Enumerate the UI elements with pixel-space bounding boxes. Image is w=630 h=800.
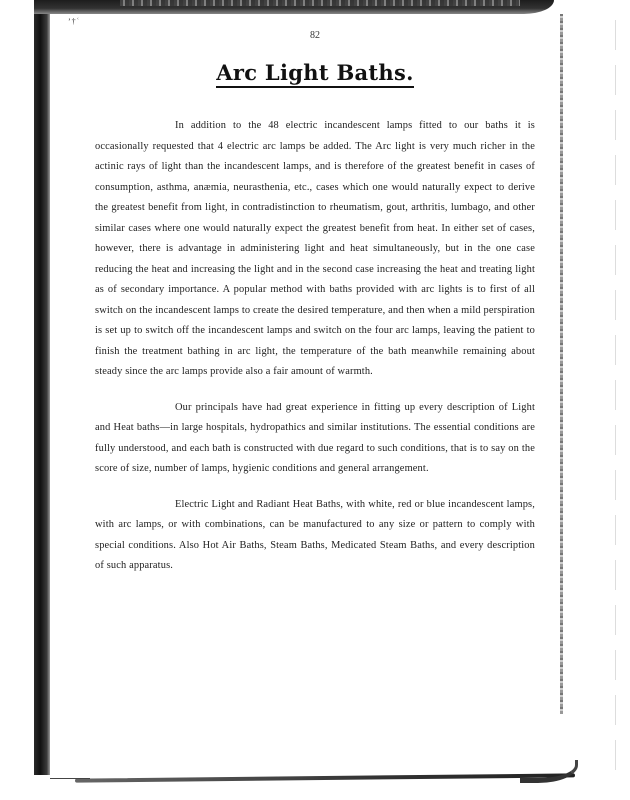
page-title: Arc Light Baths. <box>216 60 413 88</box>
page-edge-bottom <box>75 773 575 782</box>
paragraph-bath-types: Electric Light and Radiant Heat Baths, w… <box>95 495 535 577</box>
paragraph-experience: Our principals have had great experience… <box>95 398 535 480</box>
page-curl-bottom-right <box>520 760 578 783</box>
page-title-container: Arc Light Baths. <box>0 60 630 88</box>
corner-mark: ʼ†ʿ <box>68 17 80 26</box>
paragraph-arc-light: In addition to the 48 electric incandesc… <box>95 116 535 383</box>
scan-noise-top <box>120 0 520 6</box>
page-edge-right <box>560 14 563 714</box>
page-edge-bottom-left <box>50 770 90 779</box>
body-text: In addition to the 48 electric incandesc… <box>95 116 535 592</box>
scan-artifact-right <box>615 20 616 780</box>
page-number: 82 <box>0 30 630 41</box>
scan-shadow-left <box>34 0 50 775</box>
